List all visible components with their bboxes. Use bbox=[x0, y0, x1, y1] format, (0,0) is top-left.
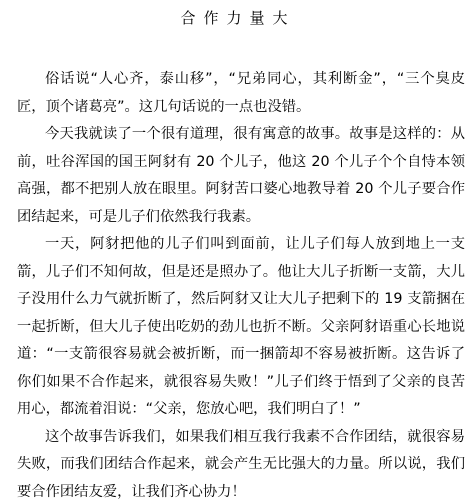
document-body: 俗话说“人心齐，泰山移”，“兄弟同心，其利断金”，“三个臭皮匠，顶个诸葛亮”。这… bbox=[17, 66, 465, 502]
document-title: 合作力量大 bbox=[0, 8, 476, 28]
paragraph-story-intro: 今天我就读了一个很有道理，很有寓意的故事。故事是这样的：从前，吐谷浑国的国王阿豺… bbox=[17, 121, 465, 231]
paragraph-story-arrows: 一天，阿豺把他的儿子们叫到面前，让儿子们每人放到地上一支箭，儿子们不知何故，但是… bbox=[17, 231, 465, 424]
paragraph-proverbs: 俗话说“人心齐，泰山移”，“兄弟同心，其利断金”，“三个臭皮匠，顶个诸葛亮”。这… bbox=[17, 66, 465, 121]
paragraph-conclusion: 这个故事告诉我们，如果我们相互我行我素不合作团结，就很容易失败，而我们团结合作起… bbox=[17, 424, 465, 502]
